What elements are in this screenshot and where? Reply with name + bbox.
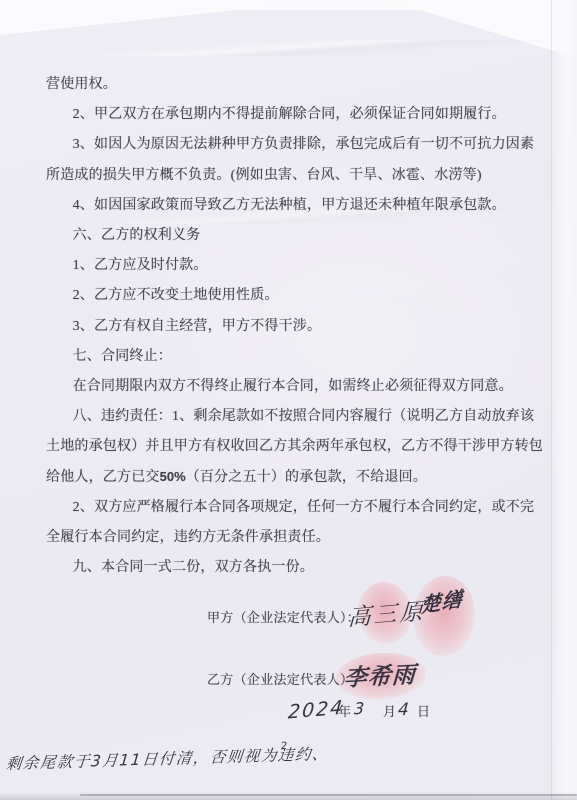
date-year-label: 年 [338,701,351,720]
contract-line: 4、如因国家政策而导致乙方无法种植，甲方退还未种植年限承包款。 [46,191,551,221]
line-text: 给他人，乙方已交 [46,470,160,485]
contract-line: 给他人，乙方已交50%（百分之五十）的承包款，不给退回。 [46,462,551,492]
date-day-handwritten: 4 [397,700,409,720]
scan-right-edge-line [551,0,552,800]
party-a-signature-handwriting: 高三原 [347,592,426,632]
scanned-contract-page: 营使用权。 2、甲乙双方在承包期内不得提前解除合同，必须保证合同如期履行。 3、… [0,0,577,800]
date-year-handwritten: 2024 [287,696,345,723]
scan-right-edge [551,0,577,800]
contract-line: 土地的承包权）并且甲方有权收回乙方其余两年承包权，乙方不得干涉甲方转包 [46,432,551,462]
contract-line: 3、乙方有权自主经营，甲方不得干涉。 [46,312,551,342]
party-b-signature-label: 乙方（企业法定代表人） [207,669,353,688]
contract-section-heading: 八、违约责任：1、剩余尾款如不按照合同内容履行（说明乙方自动放弃该 [46,402,551,432]
scan-bottom-edge-line [80,794,577,796]
party-b-signature-handwriting: 李希雨 [343,656,417,693]
percentage-value: 50% [160,469,186,484]
scan-top-edge-right [387,0,577,58]
contract-body-text: 营使用权。 2、甲乙双方在承包期内不得提前解除合同，必须保证合同如期履行。 3、… [46,70,551,583]
contract-line: 营使用权。 [46,70,551,100]
contract-line: 1、乙方应及时付款。 [46,251,551,281]
date-day-label: 日 [417,701,430,720]
contract-line: 2、甲乙双方在承包期内不得提前解除合同，必须保证合同如期履行。 [46,100,551,130]
date-month-label: 月 [383,701,396,720]
contract-line: 在合同期限内双方不得终止履行本合同，如需终止必须征得双方同意。 [46,372,551,402]
contract-section-heading: 六、乙方的权利义务 [46,221,551,251]
date-month-handwritten: 3 [354,699,365,719]
paper-crease [0,40,577,56]
contract-line: 九、本合同一式二份，双方各执一份。 [46,553,551,583]
contract-line: 3、如因人为原因无法耕种甲方负责排除，承包完成后有一切不可抗力因素 [46,130,551,160]
contract-section-heading: 七、合同终止： [46,342,551,372]
contract-line: 2、双方应严格履行本合同各项规定，任何一方不履行本合同约定，或不完 [46,493,551,523]
line-text: （百分之五十）的承包款，不给退回。 [186,470,427,485]
contract-line: 全履行本合同约定，违约方无条件承担责任。 [46,523,551,553]
contract-line: 所造成的损失甲方概不负责。(例如虫害、台风、干旱、冰雹、水涝等) [46,161,551,191]
contract-line: 2、乙方应不改变土地使用性质。 [46,281,551,311]
party-a-signature-label: 甲方（企业法定代表人）： [207,607,360,626]
handwritten-footnote-mark: 2 [281,741,288,752]
